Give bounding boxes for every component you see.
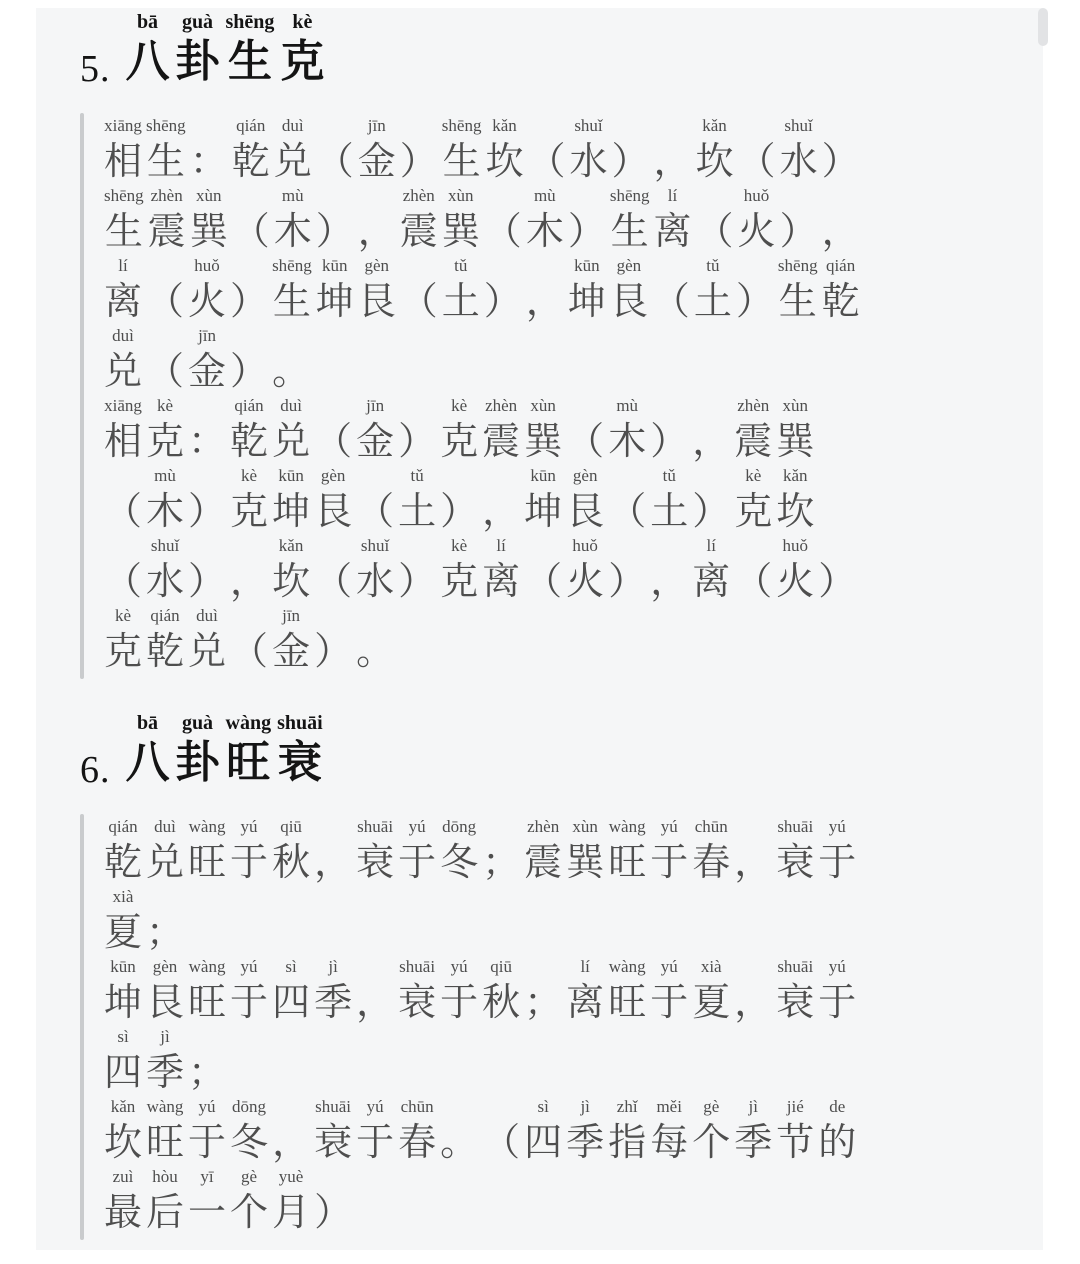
pinyin-annotation: yú <box>650 956 688 980</box>
pinyin-annotation: bā <box>126 10 170 36</box>
ruby-token: shēng生 <box>104 185 144 255</box>
hanzi-character: 于 <box>650 980 688 1026</box>
pinyin-annotation <box>230 605 268 629</box>
pinyin-annotation: xiāng <box>104 115 142 139</box>
hanzi-character: 季 <box>566 1120 604 1166</box>
ruby-token: lí离 <box>482 535 520 605</box>
hanzi-character: 于 <box>188 1120 226 1166</box>
ruby-token: huǒ火 <box>188 255 226 325</box>
hanzi-character: 克 <box>734 489 772 535</box>
content-area: 5. bā八guà卦shēng生kè克 xiāng相shēng生 ：qián乾d… <box>36 8 1043 1250</box>
hanzi-character: （ <box>146 279 184 325</box>
ruby-token: yú于 <box>230 956 268 1026</box>
hanzi-character: ， <box>356 980 394 1026</box>
hanzi-character: 秋 <box>272 840 310 886</box>
pinyin-annotation <box>314 1166 352 1190</box>
pinyin-annotation: lí <box>104 255 142 279</box>
pinyin-annotation <box>780 185 818 209</box>
ruby-token: lí离 <box>692 535 730 605</box>
pinyin-annotation: wàng <box>608 956 646 980</box>
punct-token: 。 <box>440 1096 478 1166</box>
hanzi-character: 衰 <box>356 840 394 886</box>
hanzi-character: （ <box>696 209 734 255</box>
pinyin-annotation: kūn <box>272 465 310 489</box>
hanzi-character: （ <box>524 559 562 605</box>
hanzi-character: 冬 <box>230 1120 268 1166</box>
ruby-token: jì季 <box>734 1096 772 1166</box>
punct-token: （ <box>738 115 776 185</box>
hanzi-character: 坤 <box>568 279 606 325</box>
pinyin-annotation: kè <box>734 465 772 489</box>
hanzi-character: ） <box>484 279 522 325</box>
ruby-token: sì四 <box>272 956 310 1026</box>
ruby-token: kè克 <box>280 10 324 88</box>
pinyin-annotation: zhèn <box>482 395 520 419</box>
hanzi-character: ， <box>822 209 860 255</box>
pinyin-annotation <box>314 535 352 559</box>
hanzi-character: 克 <box>146 419 184 465</box>
hanzi-character: 。 <box>440 1120 478 1166</box>
hanzi-character: 火 <box>738 209 776 255</box>
heading-title-ruby: bā八guà卦shēng生kè克 <box>123 10 328 88</box>
pinyin-annotation: kǎn <box>696 115 734 139</box>
hanzi-character: 的 <box>818 1120 856 1166</box>
punct-token: ） <box>316 185 354 255</box>
hanzi-character: 于 <box>440 980 478 1026</box>
hanzi-character: 艮 <box>358 279 396 325</box>
hanzi-character: 离 <box>654 209 692 255</box>
ruby-token: gèn艮 <box>358 255 396 325</box>
ruby-token: gè个 <box>692 1096 730 1166</box>
ruby-token: jì季 <box>566 1096 604 1166</box>
hanzi-character: ， <box>650 559 688 605</box>
ruby-token: jīn金 <box>188 325 226 395</box>
hanzi-character: 木 <box>274 209 312 255</box>
hanzi-character: 于 <box>230 840 268 886</box>
ruby-token: kūn坤 <box>524 465 562 535</box>
hanzi-character: （ <box>314 559 352 605</box>
hanzi-character: （ <box>652 279 690 325</box>
pinyin-annotation <box>232 185 270 209</box>
hanzi-character: ） <box>736 279 774 325</box>
ruby-token: xiāng相 <box>104 115 142 185</box>
hanzi-character: 巽 <box>442 209 480 255</box>
pinyin-annotation: dōng <box>230 1096 268 1120</box>
pinyin-annotation <box>822 115 860 139</box>
text-line: （shuǐ水 ） ，kǎn坎 （shuǐ水 ）kè克lí离 （huǒ火 ） ，l… <box>102 535 1023 605</box>
pinyin-annotation <box>358 185 396 209</box>
hanzi-character: ， <box>272 1120 310 1166</box>
pinyin-annotation: jì <box>314 956 352 980</box>
pinyin-annotation: huǒ <box>738 185 776 209</box>
pinyin-annotation <box>440 1096 478 1120</box>
pinyin-annotation: qián <box>104 816 142 840</box>
punct-token: ， <box>822 185 860 255</box>
pinyin-annotation <box>568 185 606 209</box>
ruby-token: wàng旺 <box>188 956 226 1026</box>
hanzi-character: ） <box>818 559 856 605</box>
ruby-token: dōng冬 <box>230 1096 268 1166</box>
pinyin-annotation: qián <box>822 255 860 279</box>
ruby-token: shuǐ水 <box>356 535 394 605</box>
hanzi-character: 兑 <box>274 139 312 185</box>
ruby-token: yú于 <box>356 1096 394 1166</box>
hanzi-character: 木 <box>146 489 184 535</box>
hanzi-character: ） <box>568 209 606 255</box>
pinyin-annotation <box>650 395 688 419</box>
ruby-token: wàng旺 <box>188 816 226 886</box>
ruby-token: shuāi衰 <box>356 816 394 886</box>
section-bagua-shengke: 5. bā八guà卦shēng生kè克 xiāng相shēng生 ：qián乾d… <box>80 10 1023 681</box>
ruby-token: zhèn震 <box>148 185 186 255</box>
ruby-token: gèn艮 <box>146 956 184 1026</box>
ruby-token: wàng旺 <box>146 1096 184 1166</box>
hanzi-character: （ <box>314 419 352 465</box>
hanzi-character: ； <box>524 980 562 1026</box>
hanzi-character: ； <box>482 840 520 886</box>
hanzi-character: 乾 <box>104 840 142 886</box>
ruby-token: gèn艮 <box>566 465 604 535</box>
hanzi-character: ） <box>398 559 436 605</box>
hanzi-character: 夏 <box>692 980 730 1026</box>
quote-paragraph: xiāng相kè克 ：qián乾duì兑 （jīn金 ）kè克zhèn震xùn巽… <box>102 395 1023 675</box>
hanzi-character: 相 <box>104 419 142 465</box>
ruby-token: xùn巽 <box>442 185 480 255</box>
hanzi-character: 兑 <box>104 349 142 395</box>
ruby-token: xùn巽 <box>776 395 814 465</box>
pinyin-annotation: mù <box>608 395 646 419</box>
hanzi-character: 震 <box>482 419 520 465</box>
hanzi-character: （ <box>482 1120 520 1166</box>
ruby-token: zhèn震 <box>524 816 562 886</box>
pinyin-annotation: chūn <box>398 1096 436 1120</box>
pinyin-annotation: zhèn <box>400 185 438 209</box>
pinyin-annotation <box>146 325 184 349</box>
hanzi-character: ） <box>398 419 436 465</box>
quote-paragraph: qián乾duì兑wàng旺yú于qiū秋 ，shuāi衰yú于dōng冬 ；z… <box>102 816 1023 956</box>
punct-token: ； <box>524 956 562 1026</box>
punct-token: ） <box>230 255 268 325</box>
hanzi-character: 坤 <box>272 489 310 535</box>
section-heading-5: 5. bā八guà卦shēng生kè克 <box>80 10 1023 91</box>
ruby-token: shēng生 <box>146 115 186 185</box>
hanzi-character: 土 <box>694 279 732 325</box>
ruby-token: shuǐ水 <box>569 115 607 185</box>
pinyin-annotation <box>654 115 692 139</box>
pinyin-annotation <box>608 465 646 489</box>
punct-token: 。 <box>272 325 310 395</box>
ruby-token: de的 <box>818 1096 856 1166</box>
pinyin-annotation <box>104 465 142 489</box>
pinyin-annotation: yú <box>818 816 856 840</box>
hanzi-character: 离 <box>104 279 142 325</box>
hanzi-character: 节 <box>776 1120 814 1166</box>
pinyin-annotation <box>612 115 650 139</box>
ruby-token: zhèn震 <box>400 185 438 255</box>
hanzi-character: 震 <box>524 840 562 886</box>
hanzi-character: 四 <box>524 1120 562 1166</box>
ruby-token: gè个 <box>230 1166 268 1236</box>
hanzi-character: 克 <box>104 629 142 675</box>
ruby-token: wàng旺 <box>226 711 272 789</box>
ruby-token: yú于 <box>818 816 856 886</box>
hanzi-character: 土 <box>442 279 480 325</box>
pinyin-annotation: shuǐ <box>569 115 607 139</box>
punct-token: ） <box>188 535 226 605</box>
pinyin-annotation: yī <box>188 1166 226 1190</box>
punct-token: ） <box>440 465 478 535</box>
hanzi-character: 金 <box>272 629 310 675</box>
punct-token: （ <box>527 115 565 185</box>
ruby-token: duì兑 <box>146 816 184 886</box>
pinyin-annotation: gè <box>692 1096 730 1120</box>
pinyin-annotation: yú <box>230 956 268 980</box>
pinyin-annotation: gèn <box>566 465 604 489</box>
ruby-token: kè克 <box>146 395 184 465</box>
hanzi-character: ） <box>612 139 650 185</box>
hanzi-character: 坎 <box>272 559 310 605</box>
ruby-token: tǔ土 <box>442 255 480 325</box>
pinyin-annotation: hòu <box>146 1166 184 1190</box>
ruby-token: shuāi衰 <box>398 956 436 1026</box>
hanzi-character: 旺 <box>188 980 226 1026</box>
pinyin-annotation <box>734 535 772 559</box>
pinyin-annotation: gèn <box>358 255 396 279</box>
punct-token: （ <box>524 535 562 605</box>
punct-token: ， <box>734 956 772 1026</box>
ruby-token: kǎn坎 <box>272 535 310 605</box>
scrollbar-thumb[interactable] <box>1038 8 1048 46</box>
ruby-token: shēng生 <box>778 255 818 325</box>
pinyin-annotation: xià <box>104 886 142 910</box>
ruby-token: lí离 <box>104 255 142 325</box>
pinyin-annotation <box>484 185 522 209</box>
hanzi-character: 四 <box>272 980 310 1026</box>
pinyin-annotation: mù <box>526 185 564 209</box>
hanzi-character: 克 <box>440 559 478 605</box>
hanzi-character: 木 <box>526 209 564 255</box>
pinyin-annotation: kǎn <box>104 1096 142 1120</box>
hanzi-character: 金 <box>188 349 226 395</box>
pinyin-annotation: duì <box>274 115 312 139</box>
pinyin-annotation: gèn <box>146 956 184 980</box>
ruby-token: qiū秋 <box>272 816 310 886</box>
pinyin-annotation: kǎn <box>272 535 310 559</box>
pinyin-annotation: kūn <box>316 255 354 279</box>
pinyin-annotation: lí <box>566 956 604 980</box>
hanzi-character: 兑 <box>272 419 310 465</box>
hanzi-character: 夏 <box>104 910 142 956</box>
hanzi-character: ） <box>440 489 478 535</box>
hanzi-character: 指 <box>608 1120 646 1166</box>
hanzi-character: ： <box>190 139 228 185</box>
hanzi-character: 克 <box>230 489 268 535</box>
ruby-token: qiū秋 <box>482 956 520 1026</box>
ruby-token: qián乾 <box>822 255 860 325</box>
pinyin-annotation: huǒ <box>776 535 814 559</box>
pinyin-annotation: shuǐ <box>146 535 184 559</box>
ruby-token: tǔ土 <box>398 465 436 535</box>
hanzi-character: （ <box>104 559 142 605</box>
pinyin-annotation <box>188 535 226 559</box>
text-line: qián乾duì兑wàng旺yú于qiū秋 ，shuāi衰yú于dōng冬 ；z… <box>102 816 1023 886</box>
punct-token: ； <box>146 886 184 956</box>
ruby-token: jì季 <box>146 1026 184 1096</box>
pinyin-annotation: jì <box>566 1096 604 1120</box>
hanzi-character: 衰 <box>776 980 814 1026</box>
pinyin-annotation: de <box>818 1096 856 1120</box>
ruby-token: shuāi衰 <box>776 956 814 1026</box>
hanzi-character: 离 <box>482 559 520 605</box>
hanzi-character: 于 <box>230 980 268 1026</box>
hanzi-character: 八 <box>126 737 170 789</box>
pinyin-annotation <box>314 395 352 419</box>
punct-token: ， <box>650 535 688 605</box>
ruby-token: yú于 <box>440 956 478 1026</box>
text-line: xiāng相kè克 ：qián乾duì兑 （jīn金 ）kè克zhèn震xùn巽… <box>102 395 1023 465</box>
pinyin-annotation: xià <box>692 956 730 980</box>
hanzi-character: 水 <box>780 139 818 185</box>
punct-token: （ <box>104 465 142 535</box>
pinyin-annotation: shēng <box>104 185 144 209</box>
hanzi-character: 个 <box>692 1120 730 1166</box>
pinyin-annotation <box>736 255 774 279</box>
pinyin-annotation: tǔ <box>694 255 732 279</box>
hanzi-character: 水 <box>356 559 394 605</box>
hanzi-character: ， <box>692 419 730 465</box>
pinyin-annotation: shēng <box>226 10 275 36</box>
pinyin-annotation <box>398 395 436 419</box>
ruby-token: huǒ火 <box>738 185 776 255</box>
pinyin-annotation: lí <box>482 535 520 559</box>
hanzi-character: 巽 <box>776 419 814 465</box>
pinyin-annotation: xùn <box>566 816 604 840</box>
ruby-token: bā八 <box>126 10 170 88</box>
pinyin-annotation <box>566 395 604 419</box>
pinyin-annotation: kè <box>230 465 268 489</box>
ruby-token: jīn金 <box>358 115 396 185</box>
pinyin-annotation: shuāi <box>277 711 323 737</box>
hanzi-character: 金 <box>356 419 394 465</box>
ruby-token: zhèn震 <box>482 395 520 465</box>
pinyin-annotation <box>692 465 730 489</box>
pinyin-annotation <box>398 535 436 559</box>
pinyin-annotation: lí <box>654 185 692 209</box>
hanzi-character: （ <box>104 489 142 535</box>
pinyin-annotation: tǔ <box>442 255 480 279</box>
pinyin-annotation <box>146 255 184 279</box>
hanzi-character: ） <box>400 139 438 185</box>
punct-token: ） <box>314 605 352 675</box>
ruby-token: kǎn坎 <box>104 1096 142 1166</box>
hanzi-character: 木 <box>608 419 646 465</box>
ruby-token: lí离 <box>654 185 692 255</box>
hanzi-character: （ <box>146 349 184 395</box>
pinyin-annotation: gè <box>230 1166 268 1190</box>
pinyin-annotation: shuāi <box>776 956 814 980</box>
pinyin-annotation <box>356 465 394 489</box>
pinyin-annotation: yú <box>818 956 856 980</box>
hanzi-character: 。 <box>272 349 310 395</box>
hanzi-character: 于 <box>818 840 856 886</box>
pinyin-annotation: duì <box>104 325 142 349</box>
pinyin-annotation <box>526 255 564 279</box>
pinyin-annotation: zhèn <box>734 395 772 419</box>
pinyin-annotation: xiāng <box>104 395 142 419</box>
ruby-token: shēng生 <box>272 255 312 325</box>
pinyin-annotation: qiū <box>482 956 520 980</box>
pinyin-annotation <box>527 115 565 139</box>
ruby-token: xià夏 <box>104 886 142 956</box>
ruby-token: qián乾 <box>230 395 268 465</box>
hanzi-character: ） <box>316 209 354 255</box>
pinyin-annotation <box>146 886 184 910</box>
text-line: kè克qián乾duì兑 （jīn金 ） 。 <box>102 605 1023 675</box>
hanzi-character: 月 <box>272 1190 310 1236</box>
punct-token: ） <box>484 255 522 325</box>
punct-token: ： <box>188 395 226 465</box>
heading-number: 5. <box>80 47 111 91</box>
ruby-token: mù木 <box>608 395 646 465</box>
pinyin-annotation <box>314 816 352 840</box>
hanzi-character: （ <box>484 209 522 255</box>
pinyin-annotation: tǔ <box>650 465 688 489</box>
pinyin-annotation: wàng <box>146 1096 184 1120</box>
hanzi-character: 个 <box>230 1190 268 1236</box>
hanzi-character: 季 <box>734 1120 772 1166</box>
punct-token: ） <box>230 325 268 395</box>
ruby-token: yú于 <box>650 816 688 886</box>
ruby-token: yú于 <box>398 816 436 886</box>
pinyin-annotation <box>738 115 776 139</box>
hanzi-character: 克 <box>440 419 478 465</box>
hanzi-character: 坎 <box>776 489 814 535</box>
hanzi-character: 。 <box>356 629 394 675</box>
punct-token: （ <box>484 185 522 255</box>
punct-token: ） <box>568 185 606 255</box>
pinyin-annotation <box>188 395 226 419</box>
ruby-token: xiāng相 <box>104 395 142 465</box>
punct-token: ） <box>692 465 730 535</box>
pinyin-annotation: zuì <box>104 1166 142 1190</box>
ruby-token: měi每 <box>650 1096 688 1166</box>
pinyin-annotation <box>188 465 226 489</box>
pinyin-annotation <box>188 1026 226 1050</box>
ruby-token: guà卦 <box>176 10 220 88</box>
hanzi-character: 震 <box>400 209 438 255</box>
punct-token: ， <box>692 395 730 465</box>
ruby-token: qián乾 <box>104 816 142 886</box>
hanzi-character: ） <box>188 559 226 605</box>
ruby-token: kè克 <box>734 465 772 535</box>
ruby-token: shuāi衰 <box>776 816 814 886</box>
hanzi-character: 巽 <box>566 840 604 886</box>
ruby-token: zhèn震 <box>734 395 772 465</box>
pinyin-annotation: xùn <box>776 395 814 419</box>
text-line: kǎn坎wàng旺yú于dōng冬 ，shuāi衰yú于chūn春 。 （sì四… <box>102 1096 1023 1166</box>
hanzi-character: 克 <box>280 36 324 88</box>
pinyin-annotation: shēng <box>442 115 482 139</box>
hanzi-character: ， <box>526 279 564 325</box>
ruby-token: yú于 <box>818 956 856 1026</box>
hanzi-character: 生 <box>610 209 650 255</box>
hanzi-character: 旺 <box>608 980 646 1026</box>
hanzi-character: 乾 <box>232 139 270 185</box>
quote-paragraph: kǎn坎wàng旺yú于dōng冬 ，shuāi衰yú于chūn春 。 （sì四… <box>102 1096 1023 1236</box>
punct-token: （ <box>652 255 690 325</box>
ruby-token: jīn金 <box>272 605 310 675</box>
hanzi-character: 兑 <box>146 840 184 886</box>
